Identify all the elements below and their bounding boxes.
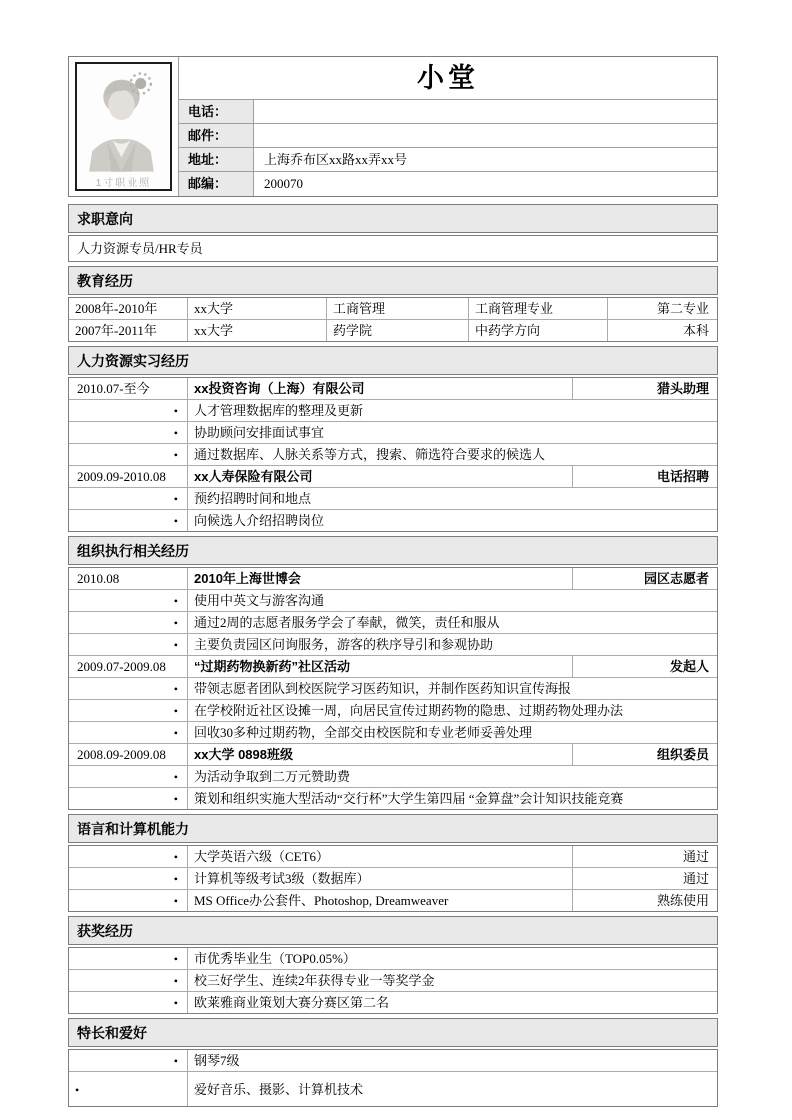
sections: 求职意向人力资源专员/HR专员教育经历2008年-2010年xx大学工商管理工商… [68, 204, 718, 1107]
bullet-icon: • [69, 992, 187, 1013]
bullet-icon: • [69, 948, 187, 969]
row-bullet: •回收30多种过期药物，全部交由校医院和专业老师妥善处理 [69, 721, 717, 743]
bullet-icon: • [69, 722, 187, 743]
row-bullet: •主要负责园区问询服务，游客的秩序导引和参观协助 [69, 633, 717, 655]
row-bullet: •使用中英文与游客沟通 [69, 589, 717, 611]
contact-row-phone: 电话： [179, 100, 717, 124]
row-bullet: •预约招聘时间和地点 [69, 487, 717, 509]
bullet-text: 校三好学生、连续2年获得专业一等奖学金 [187, 970, 717, 991]
section-body-hobbies: •钢琴7级•爱好音乐、摄影、计算机技术 [68, 1049, 718, 1107]
section-title-language-computer-skills: 语言和计算机能力 [68, 814, 718, 843]
row-bullet: •协助顾问安排面试事宜 [69, 421, 717, 443]
resume-content: 1寸职业照 小堂 电话： 邮件： 地址： 上海乔布区xx路xx弄xx号 [68, 56, 718, 1107]
section-body-organization-experience: 2010.082010年上海世博会园区志愿者•使用中英文与游客沟通•通过2周的志… [68, 567, 718, 810]
photo-frame: 1寸职业照 [75, 62, 172, 191]
bullet-text: 向候选人介绍招聘岗位 [187, 510, 717, 531]
bullet-icon: • [69, 612, 187, 633]
bullet-icon: • [69, 678, 187, 699]
bullet-icon: • [69, 400, 187, 421]
bullet-icon: • [69, 788, 187, 809]
email-value [254, 124, 717, 147]
row-bullet: •在学校附近社区设摊一周，向居民宣传过期药物的隐患、过期药物处理办法 [69, 699, 717, 721]
bullet-text: 回收30多种过期药物，全部交由校医院和专业老师妥善处理 [187, 722, 717, 743]
edu-cell-0: 2007年-2011年 [69, 320, 187, 341]
photo-caption: 1寸职业照 [77, 174, 170, 189]
section-title-awards: 获奖经历 [68, 916, 718, 945]
row-bullet: •人才管理数据库的整理及更新 [69, 399, 717, 421]
row-entry: 2009.07-2009.08“过期药物换新药”社区活动发起人 [69, 655, 717, 677]
row-bullet: •市优秀毕业生（TOP0.05%） [69, 948, 717, 969]
contact-row-postcode: 邮编： 200070 [179, 172, 717, 196]
bullet-icon: • [69, 488, 187, 509]
bullet-text: 欧莱雅商业策划大赛分赛区第二名 [187, 992, 717, 1013]
bullet-icon: • [69, 846, 187, 867]
entry-title: “过期药物换新药”社区活动 [187, 656, 572, 677]
resume-page: 1寸职业照 小堂 电话： 邮件： 地址： 上海乔布区xx路xx弄xx号 [0, 0, 792, 1120]
row-bullet: •MS Office办公套件、Photoshop, Dreamweaver熟练使… [69, 889, 717, 911]
bullet-icon: • [69, 766, 187, 787]
status-text: 熟练使用 [572, 890, 717, 911]
contact-row-address: 地址： 上海乔布区xx路xx弄xx号 [179, 148, 717, 172]
row-entry: 2008.09-2009.08xx大学 0898班级组织委员 [69, 743, 717, 765]
bullet-text: 大学英语六级（CET6） [187, 846, 572, 867]
bullet-text: 为活动争取到二万元赞助费 [187, 766, 717, 787]
row-bullet: •带领志愿者团队到校医院学习医药知识，并制作医药知识宣传海报 [69, 677, 717, 699]
edu-cell-3: 中药学方向 [468, 320, 607, 341]
entry-role: 组织委员 [572, 744, 717, 765]
address-value: 上海乔布区xx路xx弄xx号 [254, 148, 717, 171]
entry-date: 2009.07-2009.08 [69, 656, 187, 677]
edu-cell-2: 工商管理 [326, 298, 468, 319]
edu-cell-0: 2008年-2010年 [69, 298, 187, 319]
section-body-language-computer-skills: •大学英语六级（CET6）通过•计算机等级考试3级（数据库）通过•MS Offi… [68, 845, 718, 912]
section-title-education: 教育经历 [68, 266, 718, 295]
bullet-text: 爱好音乐、摄影、计算机技术 [187, 1072, 717, 1106]
candidate-name: 小堂 [179, 57, 717, 100]
row-entry: 2010.07-至今xx投资咨询（上海）有限公司猎头助理 [69, 378, 717, 399]
bullet-icon: • [69, 510, 187, 531]
section-title-job-intention: 求职意向 [68, 204, 718, 233]
bullet-text: 使用中英文与游客沟通 [187, 590, 717, 611]
edu-cell-4: 本科 [607, 320, 717, 341]
text-cell: 人力资源专员/HR专员 [69, 236, 717, 261]
section-hr-internship: 人力资源实习经历2010.07-至今xx投资咨询（上海）有限公司猎头助理•人才管… [68, 346, 718, 532]
row-bullet: •策划和组织实施大型活动“交行杯”大学生第四届 “金算盘”会计知识技能竞赛 [69, 787, 717, 809]
bullet-text: 带领志愿者团队到校医院学习医药知识，并制作医药知识宣传海报 [187, 678, 717, 699]
row-bullet: •欧莱雅商业策划大赛分赛区第二名 [69, 991, 717, 1013]
entry-title: xx人寿保险有限公司 [187, 466, 572, 487]
header-block: 1寸职业照 小堂 电话： 邮件： 地址： 上海乔布区xx路xx弄xx号 [68, 56, 718, 197]
row-bullet: •计算机等级考试3级（数据库）通过 [69, 867, 717, 889]
entry-role: 猎头助理 [572, 378, 717, 399]
entry-date: 2010.07-至今 [69, 378, 187, 399]
bullet-icon: • [69, 422, 187, 443]
row-bullet: •大学英语六级（CET6）通过 [69, 846, 717, 867]
bullet-icon: • [69, 634, 187, 655]
phone-label: 电话： [179, 100, 254, 123]
row-edu: 2007年-2011年xx大学药学院中药学方向本科 [69, 319, 717, 341]
edu-cell-1: xx大学 [187, 320, 326, 341]
row-bullet: •校三好学生、连续2年获得专业一等奖学金 [69, 969, 717, 991]
postcode-value: 200070 [254, 172, 717, 196]
bullet-text: 通过数据库、人脉关系等方式，搜索、筛选符合要求的候选人 [187, 444, 717, 465]
photo-placeholder: 1寸职业照 [69, 57, 179, 196]
email-label: 邮件： [179, 124, 254, 147]
row-edu: 2008年-2010年xx大学工商管理工商管理专业第二专业 [69, 298, 717, 319]
profile-photo-illustration [77, 64, 170, 174]
section-body-hr-internship: 2010.07-至今xx投资咨询（上海）有限公司猎头助理•人才管理数据库的整理及… [68, 377, 718, 532]
entry-title: xx投资咨询（上海）有限公司 [187, 378, 572, 399]
row-bullet: •钢琴7级 [69, 1050, 717, 1071]
bullet-text: MS Office办公套件、Photoshop, Dreamweaver [187, 890, 572, 911]
entry-date: 2009.09-2010.08 [69, 466, 187, 487]
edu-cell-1: xx大学 [187, 298, 326, 319]
row-entry: 2010.082010年上海世博会园区志愿者 [69, 568, 717, 589]
bullet-text: 通过2周的志愿者服务学会了奉献，微笑，责任和服从 [187, 612, 717, 633]
bullet-text: 人才管理数据库的整理及更新 [187, 400, 717, 421]
row-text: 人力资源专员/HR专员 [69, 236, 717, 261]
bullet-text: 协助顾问安排面试事宜 [187, 422, 717, 443]
entry-role: 发起人 [572, 656, 717, 677]
row-bullet: •向候选人介绍招聘岗位 [69, 509, 717, 531]
row-bullet: •通过数据库、人脉关系等方式，搜索、筛选符合要求的候选人 [69, 443, 717, 465]
contact-row-email: 邮件： [179, 124, 717, 148]
entry-title: xx大学 0898班级 [187, 744, 572, 765]
section-title-organization-experience: 组织执行相关经历 [68, 536, 718, 565]
section-body-education: 2008年-2010年xx大学工商管理工商管理专业第二专业2007年-2011年… [68, 297, 718, 342]
bullet-icon: • [69, 890, 187, 911]
header-right: 小堂 电话： 邮件： 地址： 上海乔布区xx路xx弄xx号 邮编： 200070 [179, 57, 717, 196]
entry-role: 电话招聘 [572, 466, 717, 487]
section-title-hr-internship: 人力资源实习经历 [68, 346, 718, 375]
entry-role: 园区志愿者 [572, 568, 717, 589]
address-label: 地址： [179, 148, 254, 171]
entry-title: 2010年上海世博会 [187, 568, 572, 589]
bullet-icon: • [69, 868, 187, 889]
bullet-text: 市优秀毕业生（TOP0.05%） [187, 948, 717, 969]
row-entry: 2009.09-2010.08xx人寿保险有限公司电话招聘 [69, 465, 717, 487]
bullet-text: 策划和组织实施大型活动“交行杯”大学生第四届 “金算盘”会计知识技能竞赛 [187, 788, 717, 809]
bullet-text: 在学校附近社区设摊一周，向居民宣传过期药物的隐患、过期药物处理办法 [187, 700, 717, 721]
entry-date: 2008.09-2009.08 [69, 744, 187, 765]
bullet-text: 计算机等级考试3级（数据库） [187, 868, 572, 889]
bullet-text: 主要负责园区问询服务，游客的秩序导引和参观协助 [187, 634, 717, 655]
section-body-job-intention: 人力资源专员/HR专员 [68, 235, 718, 262]
bullet-icon: • [69, 1050, 187, 1071]
phone-value [254, 100, 717, 123]
bullet-text: 钢琴7级 [187, 1050, 717, 1071]
postcode-label: 邮编： [179, 172, 254, 196]
section-awards: 获奖经历•市优秀毕业生（TOP0.05%）•校三好学生、连续2年获得专业一等奖学… [68, 916, 718, 1014]
section-job-intention: 求职意向人力资源专员/HR专员 [68, 204, 718, 262]
row-bullet: •通过2周的志愿者服务学会了奉献，微笑，责任和服从 [69, 611, 717, 633]
edu-cell-2: 药学院 [326, 320, 468, 341]
status-text: 通过 [572, 846, 717, 867]
edu-cell-4: 第二专业 [607, 298, 717, 319]
section-education: 教育经历2008年-2010年xx大学工商管理工商管理专业第二专业2007年-2… [68, 266, 718, 342]
bullet-icon: • [69, 1072, 187, 1106]
edu-cell-3: 工商管理专业 [468, 298, 607, 319]
bullet-icon: • [69, 970, 187, 991]
row-bullet: •为活动争取到二万元赞助费 [69, 765, 717, 787]
section-hobbies: 特长和爱好•钢琴7级•爱好音乐、摄影、计算机技术 [68, 1018, 718, 1107]
bullet-icon: • [69, 590, 187, 611]
section-language-computer-skills: 语言和计算机能力•大学英语六级（CET6）通过•计算机等级考试3级（数据库）通过… [68, 814, 718, 912]
row-bullet: •爱好音乐、摄影、计算机技术 [69, 1071, 717, 1106]
bullet-icon: • [69, 444, 187, 465]
status-text: 通过 [572, 868, 717, 889]
section-title-hobbies: 特长和爱好 [68, 1018, 718, 1047]
section-body-awards: •市优秀毕业生（TOP0.05%）•校三好学生、连续2年获得专业一等奖学金•欧莱… [68, 947, 718, 1014]
bullet-text: 预约招聘时间和地点 [187, 488, 717, 509]
entry-date: 2010.08 [69, 568, 187, 589]
bullet-icon: • [69, 700, 187, 721]
section-organization-experience: 组织执行相关经历2010.082010年上海世博会园区志愿者•使用中英文与游客沟… [68, 536, 718, 810]
